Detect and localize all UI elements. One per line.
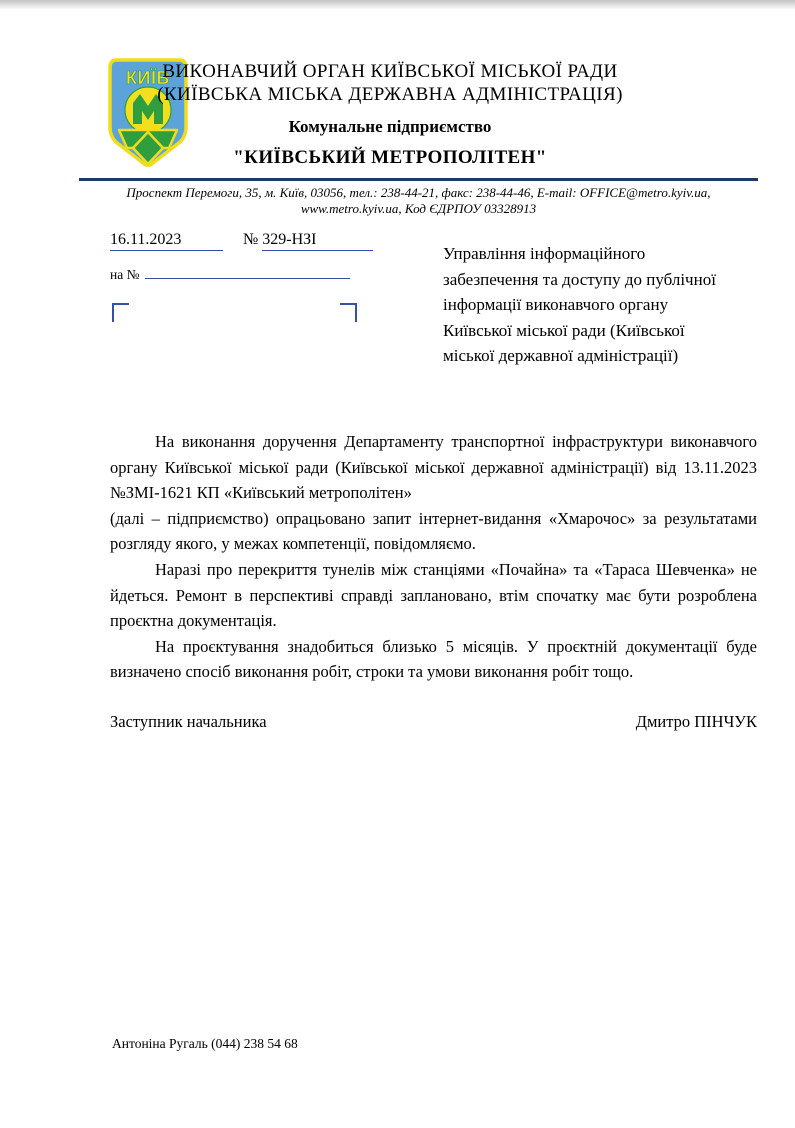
signature-row: Заступник начальника Дмитро ПІНЧУК xyxy=(110,712,757,732)
executor-contact: Антоніна Ругаль (044) 238 54 68 xyxy=(112,1036,298,1052)
reply-to-row: на № xyxy=(110,264,373,283)
signer-position: Заступник начальника xyxy=(110,712,267,732)
reply-to-blank-line xyxy=(145,264,350,279)
letter-date: 16.11.2023 xyxy=(110,231,223,251)
contact-info: Проспект Перемоги, 35, м. Київ, 03056, т… xyxy=(79,185,758,217)
number-sign-label: № xyxy=(243,231,258,249)
org-name-line1: ВИКОНАВЧИЙ ОРГАН КИЇВСЬКОЇ МІСЬКОЇ РАДИ xyxy=(110,60,670,83)
reference-block: 16.11.2023 № 329-НЗІ на № xyxy=(110,231,373,283)
recipient-address: Управління інформаційного забезпечення т… xyxy=(443,241,721,369)
letter-page: КИЇВ ВИКОНАВЧИЙ ОРГАН КИЇВСЬКОЇ МІСЬКОЇ … xyxy=(0,0,795,1128)
body-paragraph-1a: На виконання доручення Департаменту тран… xyxy=(110,429,757,506)
address-corner-bracket-right xyxy=(340,303,357,322)
page-top-shadow xyxy=(0,0,795,10)
letter-number: 329-НЗІ xyxy=(262,231,373,251)
org-name-line2: (КИЇВСЬКА МІСЬКА ДЕРЖАВНА АДМІНІСТРАЦІЯ) xyxy=(110,83,670,106)
enterprise-name: "КИЇВСЬКИЙ МЕТРОПОЛІТЕН" xyxy=(110,147,670,169)
body-paragraph-1b: (далі – підприємство) опрацьовано запит … xyxy=(110,506,757,557)
letter-body: На виконання доручення Департаменту тран… xyxy=(110,429,757,685)
date-number-row: 16.11.2023 № 329-НЗІ xyxy=(110,231,373,251)
letterhead: ВИКОНАВЧИЙ ОРГАН КИЇВСЬКОЇ МІСЬКОЇ РАДИ … xyxy=(110,60,670,169)
signer-name: Дмитро ПІНЧУК xyxy=(636,712,757,732)
reply-to-label: на № xyxy=(110,267,139,283)
header-divider-rule xyxy=(79,178,758,181)
contact-line1: Проспект Перемоги, 35, м. Київ, 03056, т… xyxy=(79,185,758,201)
address-corner-bracket-left xyxy=(112,303,129,322)
body-paragraph-2: Наразі про перекриття тунелів між станці… xyxy=(110,557,757,634)
body-paragraph-3: На проєктування знадобиться близько 5 мі… xyxy=(110,634,757,685)
enterprise-type: Комунальне підприємство xyxy=(110,117,670,137)
contact-line2: www.metro.kyiv.ua, Код ЄДРПОУ 03328913 xyxy=(79,201,758,217)
